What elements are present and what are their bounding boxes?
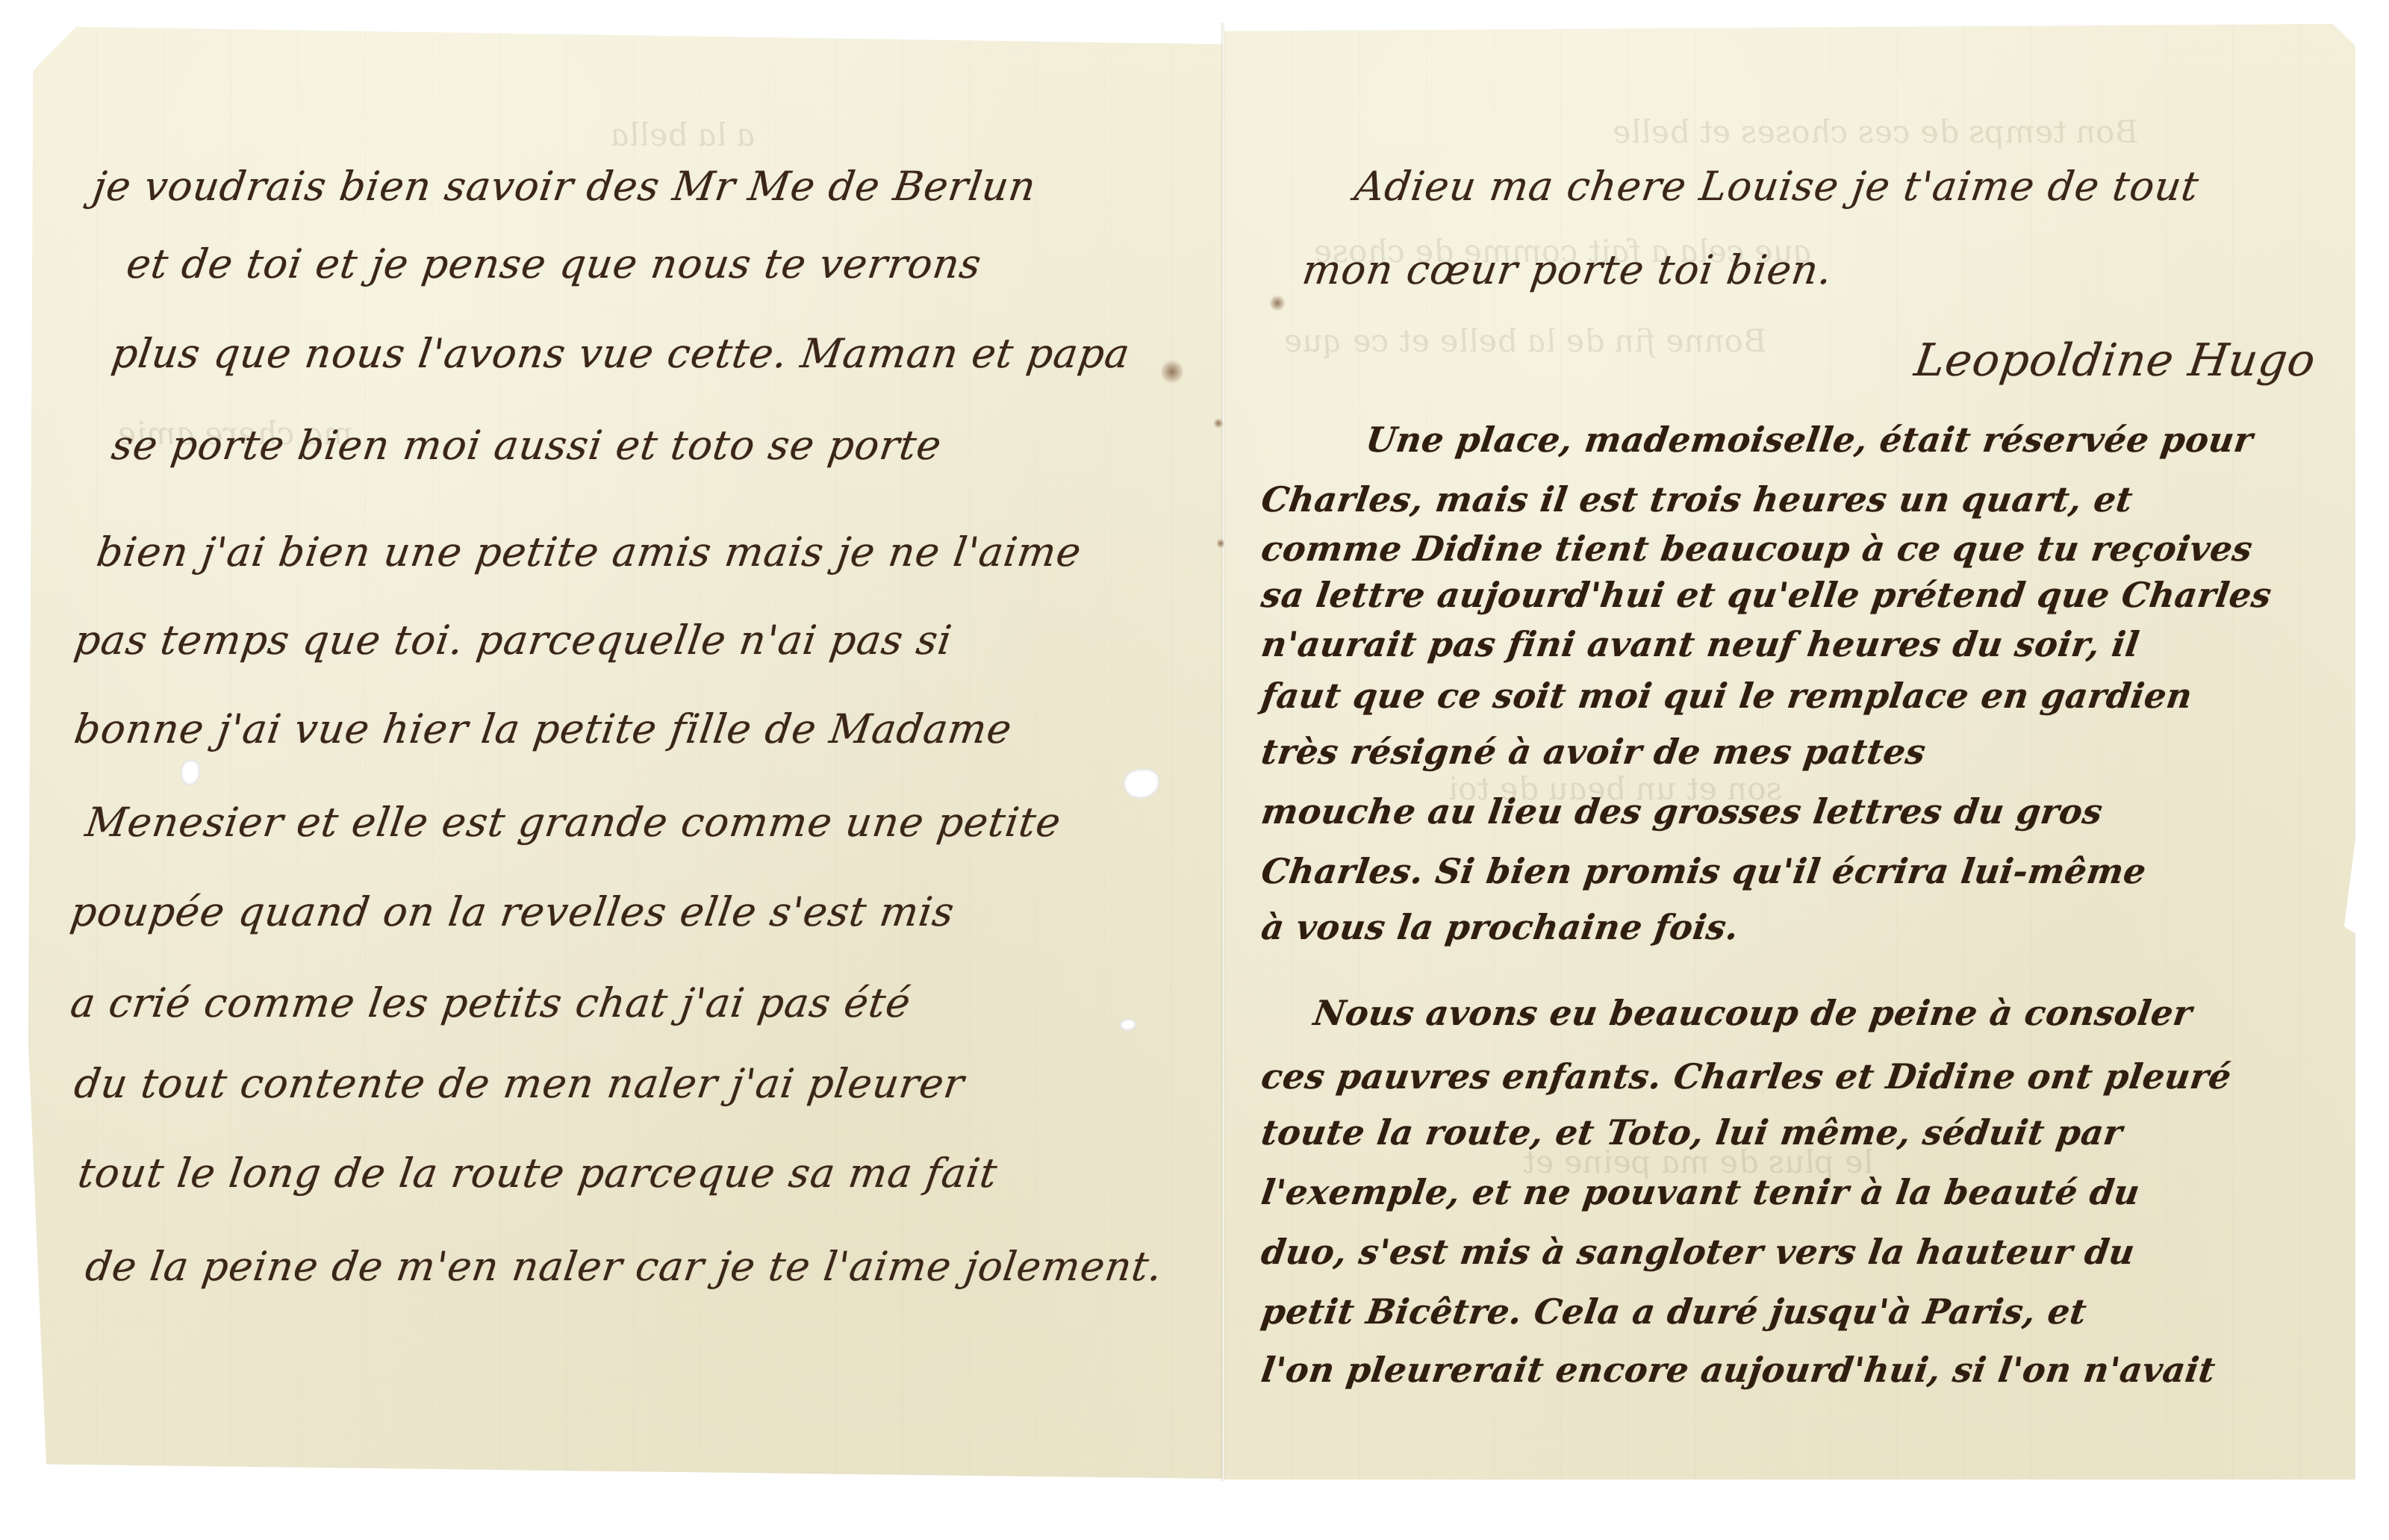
postscript-line: à vous la prochaine fois. <box>1259 907 1741 947</box>
text-line: se porte bien moi aussi et toto se porte <box>109 422 945 469</box>
text-line: je voudrais bien savoir des Mr Me de Ber… <box>90 163 1039 210</box>
postscript-line: Une place, mademoiselle, était réservée … <box>1363 420 2255 460</box>
text-line: Menesier et elle est grande comme une pe… <box>83 799 1065 846</box>
center-fold <box>1221 22 1224 1482</box>
postscript-line: très résigné à avoir de mes pattes <box>1259 732 1928 772</box>
text-line: bonne j'ai vue hier la petite fille de M… <box>72 705 1015 752</box>
text-line: bien j'ai bien une petite amis mais je n… <box>94 529 1085 576</box>
postscript-line: mouche au lieu des grosses lettres du gr… <box>1259 791 2105 832</box>
postscript-line: toute la route, et Toto, lui même, sédui… <box>1259 1112 2125 1153</box>
ink-bleed-through: a la bella <box>608 116 759 153</box>
ink-stain <box>1269 295 1286 311</box>
postscript-line: Charles, mais il est trois heures un qua… <box>1259 479 2135 520</box>
ink-stain <box>1217 537 1224 549</box>
postscript-line: petit Bicêtre. Cela a duré jusqu'à Paris… <box>1259 1291 2089 1332</box>
postscript-line: ces pauvres enfants. Charles et Didine o… <box>1259 1056 2234 1097</box>
ink-stain <box>1213 418 1224 428</box>
postscript-line: Nous avons eu beaucoup de peine à consol… <box>1311 993 2195 1033</box>
ink-bleed-through: Bonne fin de la belle et ce que <box>1282 322 1769 359</box>
postscript-line: n'aurait pas fini avant neuf heures du s… <box>1259 624 2142 664</box>
signature: Leopoldine Hugo <box>1911 334 2319 387</box>
postscript-line: faut que ce soit moi qui le remplace en … <box>1259 676 2195 716</box>
text-line: de la peine de m'en naler car je te l'ai… <box>83 1243 1166 1290</box>
postscript-line: l'exemple, et ne pouvant tenir à la beau… <box>1259 1172 2143 1212</box>
postscript-line: duo, s'est mis à sangloter vers la haute… <box>1259 1232 2137 1272</box>
postscript-line: Charles. Si bien promis qu'il écrira lui… <box>1259 851 2149 891</box>
text-line: a crié comme les petits chat j'ai pas ét… <box>68 979 915 1026</box>
text-line: et de toi et je pense que nous te verron… <box>124 240 985 287</box>
text-line: poupée quand on la revelles elle s'est m… <box>68 888 958 935</box>
closing-line: Adieu ma chere Louise je t'aime de tout <box>1352 163 2202 210</box>
postscript-line: sa lettre aujourd'hui et qu'elle prétend… <box>1259 575 2274 615</box>
text-line: pas temps que toi. parcequelle n'ai pas … <box>72 617 956 664</box>
text-line: plus que nous l'avons vue cette. Maman e… <box>109 330 1133 377</box>
postscript-line: l'on pleurerait encore aujourd'hui, si l… <box>1259 1350 2218 1390</box>
text-line: tout le long de la route parceque sa ma … <box>75 1150 1001 1197</box>
closing-line: mon cœur porte toi bien. <box>1300 246 1836 293</box>
ink-stain <box>1161 358 1183 385</box>
postscript-line: comme Didine tient beaucoup à ce que tu … <box>1259 529 2255 569</box>
ink-bleed-through: Bon temps de ces choses et belle <box>1610 113 2141 150</box>
text-line: du tout contente de men naler j'ai pleur… <box>72 1060 968 1107</box>
